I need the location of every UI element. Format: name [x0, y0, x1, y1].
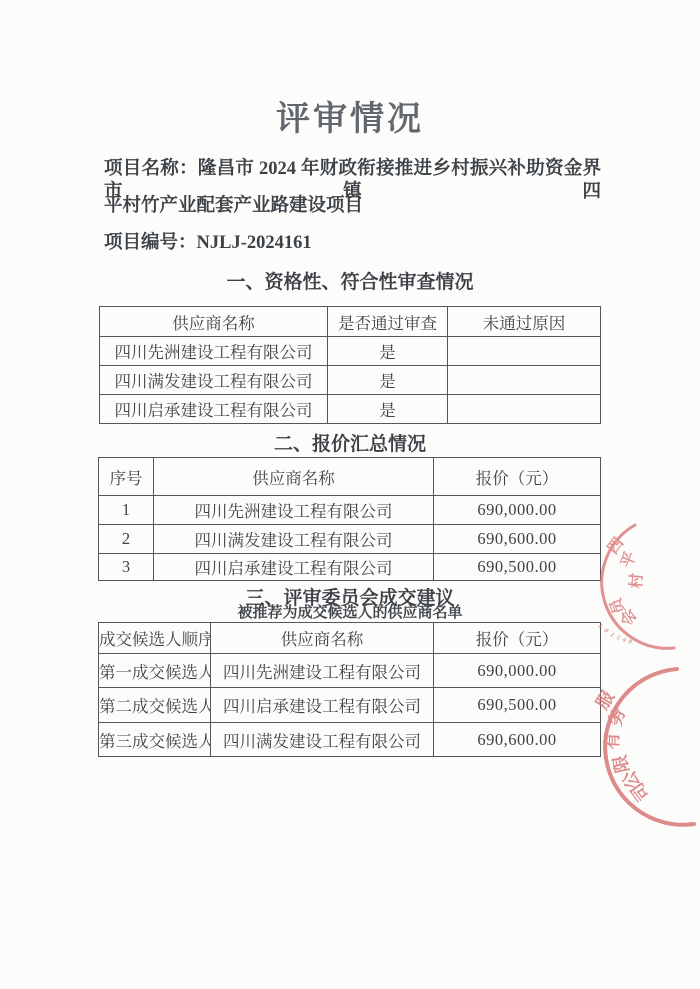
section2-heading: 二、报价汇总情况 — [0, 429, 700, 456]
supplier-cell: 四川启承建设工程有限公司 — [100, 395, 328, 424]
col-header-supplier: 供应商名称 — [154, 458, 434, 496]
table-row: 第一成交候选人 四川先洲建设工程有限公司 690,000.00 — [99, 654, 601, 688]
col-header-candidate-order: 成交候选人顺序 — [99, 623, 211, 654]
candidate-order-cell: 第三成交候选人 — [99, 723, 211, 757]
table-row: 第三成交候选人 四川满发建设工程有限公司 690,600.00 — [99, 723, 601, 757]
table-header-row: 供应商名称 是否通过审查 未通过原因 — [100, 307, 601, 337]
table-row: 2 四川满发建设工程有限公司 690,600.00 — [99, 525, 601, 554]
supplier-cell: 四川启承建设工程有限公司 — [154, 554, 434, 581]
seal-char: 务 — [605, 705, 629, 728]
table-row: 四川启承建设工程有限公司 是 — [100, 395, 601, 424]
seal-char: 平 — [617, 549, 640, 571]
table-header-row: 序号 供应商名称 报价（元） — [99, 458, 601, 496]
seal-digit: 0 — [627, 638, 634, 646]
supplier-cell: 四川先洲建设工程有限公司 — [100, 337, 328, 366]
supplier-cell: 四川先洲建设工程有限公司 — [154, 496, 434, 525]
seal-char: 四 — [604, 534, 628, 557]
supplier-cell: 四川满发建设工程有限公司 — [100, 366, 328, 395]
supplier-cell: 四川启承建设工程有限公司 — [211, 688, 434, 723]
seal-digit: 4 — [621, 636, 628, 644]
supplier-cell: 四川满发建设工程有限公司 — [211, 723, 434, 757]
fail-reason-cell — [448, 337, 601, 366]
quotation-summary-table: 序号 供应商名称 报价（元） 1 四川先洲建设工程有限公司 690,000.00… — [98, 457, 601, 581]
seal-char: 公 — [618, 767, 644, 792]
price-cell: 690,000.00 — [434, 496, 601, 525]
col-header-supplier: 供应商名称 — [100, 307, 328, 337]
col-header-price: 报价（元） — [434, 458, 601, 496]
col-header-supplier: 供应商名称 — [211, 623, 434, 654]
candidate-order-cell: 第二成交候选人 — [99, 688, 211, 723]
supplier-cell: 四川满发建设工程有限公司 — [154, 525, 434, 554]
scanned-document-page: 评审情况 项目名称：隆昌市 2024 年财政衔接推进乡村振兴补助资金界市镇四 平… — [0, 0, 700, 989]
col-header-price: 报价（元） — [434, 623, 601, 654]
table-row: 3 四川启承建设工程有限公司 690,500.00 — [99, 554, 601, 581]
col-header-index: 序号 — [99, 458, 154, 496]
table-row: 1 四川先洲建设工程有限公司 690,000.00 — [99, 496, 601, 525]
table-header-row: 成交候选人顺序 供应商名称 报价（元） — [99, 623, 601, 654]
passed-cell: 是 — [328, 395, 448, 424]
seal-char: 有 — [602, 731, 623, 750]
fail-reason-cell — [448, 366, 601, 395]
seal-char: 司 — [627, 779, 653, 805]
col-header-fail-reason: 未通过原因 — [448, 307, 601, 337]
index-cell: 2 — [99, 525, 154, 554]
table-row: 第二成交候选人 四川启承建设工程有限公司 690,500.00 — [99, 688, 601, 723]
award-candidates-table: 成交候选人顺序 供应商名称 报价（元） 第一成交候选人 四川先洲建设工程有限公司… — [98, 622, 601, 757]
section3-subheading: 被推荐为成交候选人的供应商名单 — [0, 601, 700, 622]
price-cell: 690,000.00 — [434, 654, 601, 688]
price-cell: 690,500.00 — [434, 688, 601, 723]
col-header-passed: 是否通过审查 — [328, 307, 448, 337]
candidate-order-cell: 第一成交候选人 — [99, 654, 211, 688]
fail-reason-cell — [448, 395, 601, 424]
service-company-seal: 服 务 有 限 公 司 — [592, 669, 694, 825]
project-name-line2: 平村竹产业配套产业路建设项目 — [104, 195, 601, 218]
index-cell: 3 — [99, 554, 154, 581]
table-row: 四川先洲建设工程有限公司 是 — [100, 337, 601, 366]
document-title: 评审情况 — [0, 91, 700, 140]
seal-ring-arc — [605, 669, 694, 825]
passed-cell: 是 — [328, 337, 448, 366]
price-cell: 690,500.00 — [434, 554, 601, 581]
index-cell: 1 — [99, 496, 154, 525]
table-row: 四川满发建设工程有限公司 是 — [100, 366, 601, 395]
seal-digit: 5 — [614, 634, 622, 642]
seal-digit: 0 — [602, 628, 610, 635]
section1-heading: 一、资格性、符合性审查情况 — [0, 267, 700, 294]
qualification-review-table: 供应商名称 是否通过审查 未通过原因 四川先洲建设工程有限公司 是 四川满发建设… — [99, 306, 601, 424]
project-number-line: 项目编号：NJLJ-2024161 — [104, 232, 601, 255]
price-cell: 690,600.00 — [434, 723, 601, 757]
seal-digit: 1 — [608, 631, 615, 638]
price-cell: 690,600.00 — [434, 525, 601, 554]
seal-char: 限 — [609, 753, 632, 775]
passed-cell: 是 — [328, 366, 448, 395]
supplier-cell: 四川先洲建设工程有限公司 — [211, 654, 434, 688]
